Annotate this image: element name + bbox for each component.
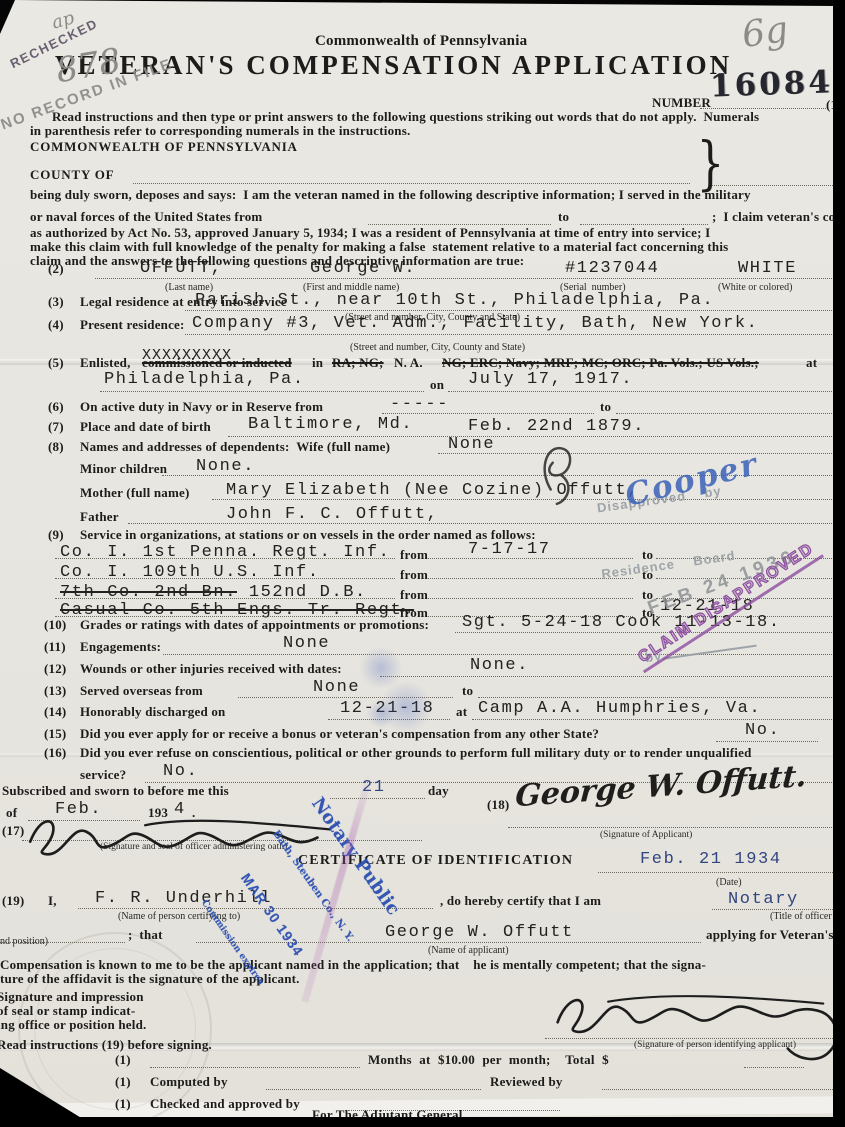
applying-text: applying for Veteran's [706, 928, 834, 943]
item10-number: (10) [44, 618, 66, 633]
item15-number: (15) [44, 727, 66, 742]
enlist-place-value: Philadelphia, Pa. [104, 371, 305, 388]
item16-line1: Did you ever refuse on conscientious, po… [80, 746, 752, 761]
item12-label: Wounds or other injuries received with d… [80, 662, 342, 677]
checked-approved-label: Checked and approved by [150, 1097, 300, 1112]
dotted-rule [55, 598, 395, 599]
dotted-rule [228, 436, 832, 437]
item11-label: Engagements: [80, 640, 161, 655]
legal-residence-value: Parish St., near 10th St., Philadelphia,… [195, 292, 714, 309]
item3-number: (3) [48, 295, 64, 310]
dotted-rule [95, 278, 832, 279]
race-label: (White or colored) [718, 283, 792, 293]
identifying-signature [552, 978, 842, 1074]
item12-number: (12) [44, 662, 66, 677]
engagements-value: None [283, 635, 330, 652]
dotted-rule [380, 676, 832, 677]
item4-number: (4) [48, 318, 64, 333]
birth-date-value: Feb. 22nd 1879. [468, 418, 645, 435]
first-name-value: George W. [310, 260, 416, 277]
enlist-date-value: July 17, 1917. [468, 371, 633, 388]
item5-struck-words: commissioned or inducted [142, 356, 292, 371]
item19-number: (19) [2, 894, 24, 909]
dotted-rule [150, 1067, 360, 1068]
item18-number: (18) [487, 798, 509, 813]
wife-value: None [448, 436, 495, 453]
certify-text: , do hereby certify that I am [440, 894, 601, 909]
dotted-rule [616, 413, 832, 414]
certifier-title-value: Notary [728, 891, 799, 908]
item6-label: On active duty in Navy or in Reserve fro… [80, 400, 323, 415]
blue-check-mark [536, 438, 588, 508]
item18-label: (Signature of Applicant) [600, 831, 692, 841]
minor-children-label: Minor children [80, 462, 167, 477]
item13-to-label: to [462, 684, 473, 699]
item9-number: (9) [48, 528, 64, 543]
item10-label: Grades or ratings with dates of appointm… [80, 618, 429, 633]
overseas-from-value: None [313, 679, 360, 696]
dotted-rule [100, 391, 424, 392]
instructions-line2: in parenthesis refer to corresponding nu… [30, 124, 410, 139]
oath-line1: being duly sworn, deposes and says: I am… [30, 188, 751, 203]
birth-place-value: Baltimore, Md. [248, 416, 413, 433]
service-row-org: 152nd D.B. [237, 583, 367, 602]
item7-label: Place and date of birth [80, 420, 211, 435]
item5-service-kept: N. A. [394, 356, 423, 371]
item5-in-label: in [312, 356, 323, 371]
item19-i-label: I, [48, 894, 57, 909]
comp-row2-number: (1) [115, 1075, 131, 1090]
applicant-name-value: George W. Offutt [385, 924, 574, 941]
father-label: Father [80, 510, 119, 525]
dotted-rule [133, 183, 690, 184]
certifier-title-label: (Title of officer [770, 912, 832, 922]
item6-to-label: to [600, 400, 611, 415]
oath-line5: claim and the answers to the following q… [30, 254, 524, 269]
illegible-blue-stamp [358, 648, 404, 688]
position-label-cut: nd position) [0, 937, 48, 947]
dotted-rule [185, 334, 832, 335]
sworn-of-label: of [6, 806, 17, 821]
dotted-rule [508, 827, 832, 828]
dotted-rule [382, 413, 594, 414]
item16-service-label: service? [80, 768, 126, 783]
present-residence-value: Company #3, Vet. Adm., Facility, Bath, N… [192, 315, 758, 332]
scan-edge-right [833, 0, 845, 1127]
item4-sublabel: (Street and number, City, County and Sta… [350, 343, 525, 353]
pencil-scribble: 6g [739, 9, 790, 56]
dotted-rule [185, 310, 832, 311]
item4-label: Present residence: [80, 318, 185, 333]
from-label: from [400, 568, 428, 583]
dotted-rule [712, 909, 833, 910]
from-label: from [400, 548, 428, 563]
item2-number: (2) [48, 262, 64, 277]
oath-county-label: COUNTY OF [30, 168, 114, 183]
dotted-rule [472, 719, 832, 720]
item5-number: (5) [48, 356, 64, 371]
sworn-day-label: day [428, 784, 449, 799]
dotted-rule [55, 558, 395, 559]
mother-label: Mother (full name) [80, 486, 190, 501]
last-name-value: OFFUTT, [140, 260, 223, 277]
applicant-name-label: (Name of applicant) [428, 946, 509, 956]
read-note: Read instructions (19) before signing. [0, 1038, 212, 1053]
sworn-line: Subscribed and sworn to before me this [2, 784, 229, 799]
dotted-rule [598, 872, 833, 873]
commonwealth-heading: Commonwealth of Pennsylvania [315, 33, 527, 50]
dotted-rule [602, 1089, 833, 1090]
item13-number: (13) [44, 684, 66, 699]
certificate-date-value: Feb. 21 1934 [640, 851, 782, 868]
navy-reserve-from-value: ----- [390, 396, 449, 413]
item14-at-label: at [456, 705, 467, 720]
oath-commonwealth: COMMONWEALTH OF PENNSYLVANIA [30, 140, 298, 155]
wounds-value: None. [470, 657, 529, 674]
item7-number: (7) [48, 420, 64, 435]
item8-label: Names and addresses of dependents: Wife … [80, 440, 390, 455]
application-number-stamp: 160840 [709, 63, 845, 104]
dotted-rule [448, 391, 832, 392]
item5-on-label: on [430, 378, 444, 393]
oath-to-label: to [558, 210, 569, 225]
oath-from-label: or naval forces of the United States fro… [30, 210, 262, 225]
item8-number: (8) [48, 440, 64, 455]
other-state-value: No. [745, 722, 780, 739]
item14-label: Honorably discharged on [80, 705, 225, 720]
oath-claim-text: ; I claim veteran's compensation [712, 210, 845, 225]
item15-label: Did you ever apply for or receive a bonu… [80, 727, 599, 742]
document-scan: Commonwealth of Pennsylvania VETERAN'S C… [0, 0, 845, 1127]
scan-edge-bottom [0, 1117, 845, 1127]
item5-services-struck-b: NG; ERC; Navy; MRF; MC; ORC; Pa. Vols.; … [442, 356, 759, 371]
certificate-date-label: (Date) [716, 878, 742, 888]
item11-number: (11) [44, 640, 66, 655]
item5-services-struck-a: RA; NG; [332, 356, 384, 371]
illegible-blue-stamp [366, 700, 396, 728]
computed-by-label: Computed by [150, 1075, 228, 1090]
item6-number: (6) [48, 400, 64, 415]
minor-children-value: None. [196, 458, 255, 475]
brace-glyph: } [697, 134, 725, 192]
comp-row3-number: (1) [115, 1097, 131, 1112]
dotted-rule [212, 499, 832, 500]
serial-number-value: #1237044 [565, 260, 659, 277]
dotted-rule [266, 1089, 481, 1090]
item14-number: (14) [44, 705, 66, 720]
race-value: WHITE [738, 260, 797, 277]
seal-note-line3: ing office or position held. [0, 1018, 146, 1033]
reviewed-by-label: Reviewed by [490, 1075, 563, 1090]
dotted-rule [716, 741, 818, 742]
item16-number: (16) [44, 746, 66, 761]
dotted-rule [55, 578, 395, 579]
item13-label: Served overseas from [80, 684, 203, 699]
comp-row1-number: (1) [115, 1053, 131, 1068]
dotted-rule [712, 185, 833, 186]
service-row-from: 7-17-17 [468, 541, 551, 558]
father-value: John F. C. Offutt, [226, 506, 438, 523]
item5-at-label: at [806, 356, 817, 371]
item5-enlisted-label: Enlisted, [80, 356, 131, 371]
service-row-org-struck: 7th Co. 2nd Bn. [60, 583, 237, 602]
refuse-service-value: No. [163, 763, 198, 780]
that-label: ; that [128, 928, 163, 943]
